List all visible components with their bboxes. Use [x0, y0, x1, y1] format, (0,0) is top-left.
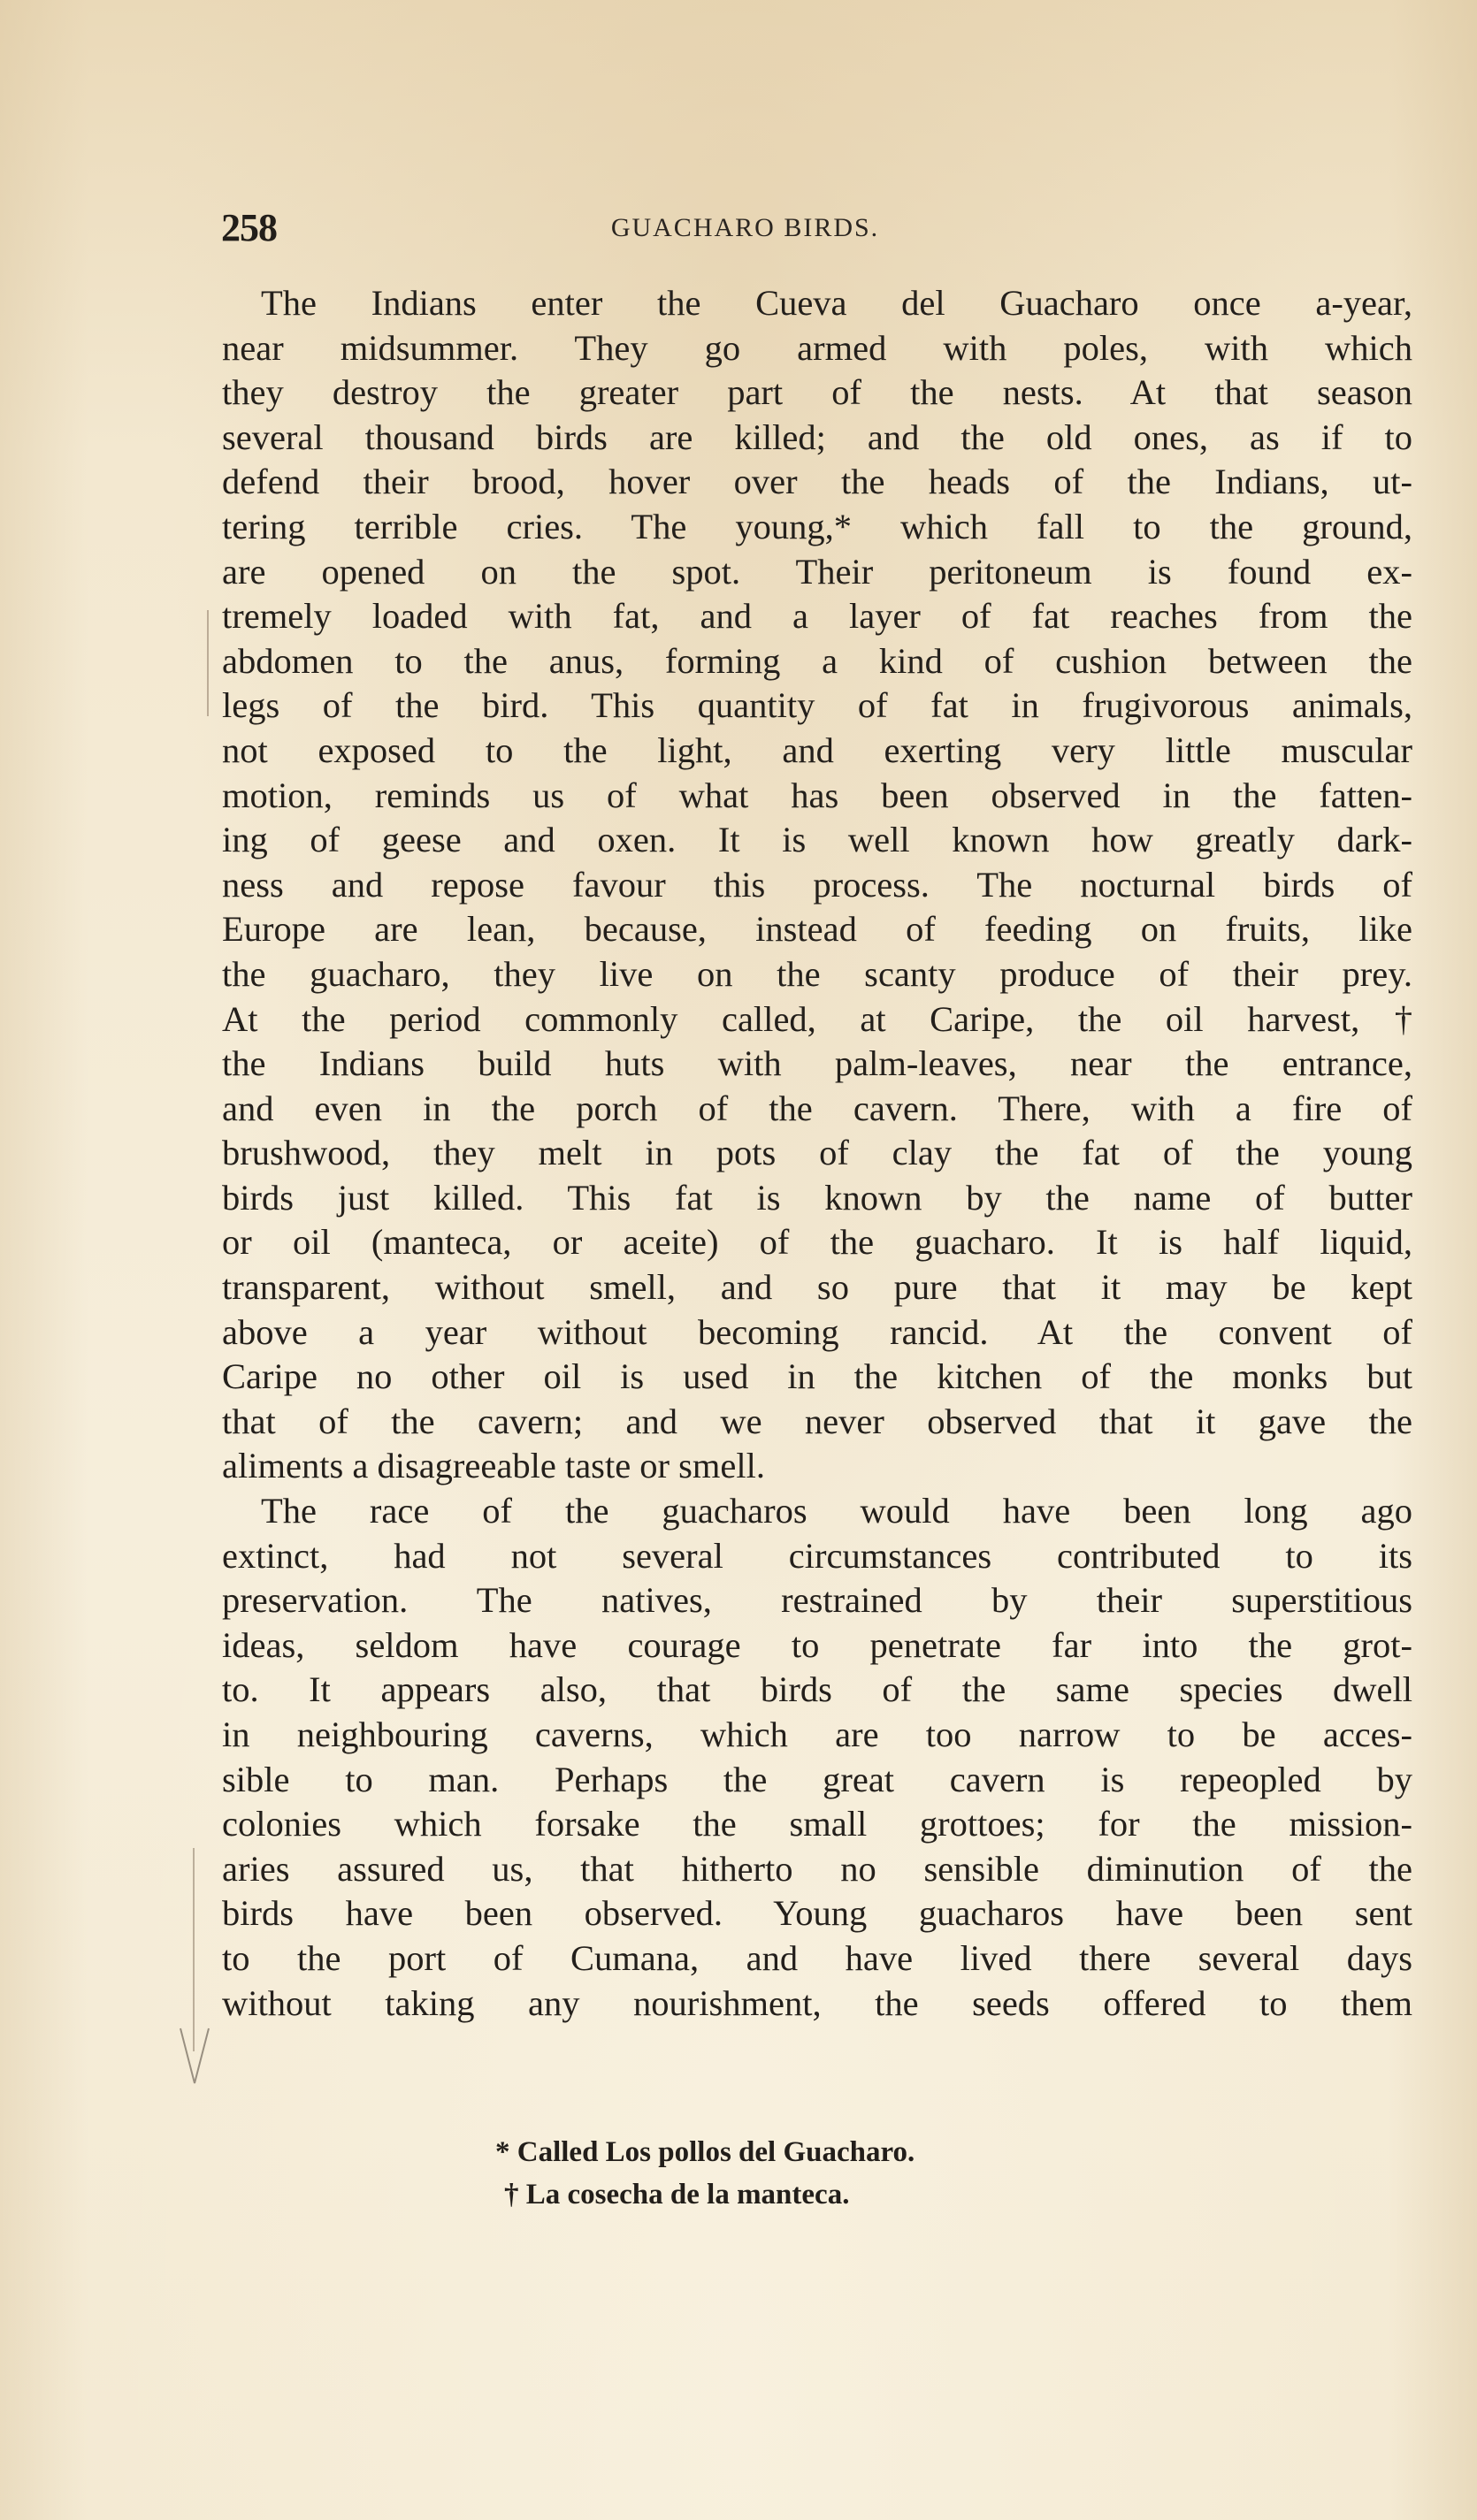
text-line: motion, reminds us of what has been obse… [222, 774, 1412, 819]
footnote-dagger: † La cosecha de la manteca. [495, 2173, 1114, 2216]
text-line: near midsummer. They go armed with poles… [222, 326, 1412, 371]
text-line: they destroy the greater part of the nes… [222, 370, 1412, 416]
text-line: to the port of Cumana, and have lived th… [222, 1936, 1412, 1982]
text-line: colonies which forsake the small grottoe… [222, 1802, 1412, 1847]
text-line: tremely loaded with fat, and a layer of … [222, 594, 1412, 639]
text-line: ness and repose favour this process. The… [222, 863, 1412, 908]
text-line: sible to man. Perhaps the great cavern i… [222, 1758, 1412, 1803]
body-text: The Indians enter the Cueva del Guacharo… [222, 281, 1412, 2026]
text-line: preservation. The natives, restrained by… [222, 1578, 1412, 1623]
text-line: ing of geese and oxen. It is well known … [222, 818, 1412, 863]
text-line: the guacharo, they live on the scanty pr… [222, 952, 1412, 997]
text-line: The race of the guacharos would have bee… [222, 1489, 1412, 1534]
text-line: that of the cavern; and we never observe… [222, 1400, 1412, 1445]
text-line: and even in the porch of the cavern. The… [222, 1087, 1412, 1132]
text-line: are opened on the spot. Their peritoneum… [222, 550, 1412, 595]
footnotes: * Called Los pollos del Guacharo. † La c… [495, 2131, 1114, 2216]
text-line: without taking any nourishment, the seed… [222, 1982, 1412, 2027]
pencil-margin-mark [193, 1848, 195, 2051]
text-line: not exposed to the light, and exerting v… [222, 729, 1412, 774]
text-line: ideas, seldom have courage to penetrate … [222, 1623, 1412, 1669]
text-line: or oil (manteca, or aceite) of the guach… [222, 1220, 1412, 1265]
text-line: legs of the bird. This quantity of fat i… [222, 683, 1412, 729]
footnote-asterisk: * Called Los pollos del Guacharo. [495, 2131, 1114, 2173]
text-line: At the period commonly called, at Caripe… [222, 997, 1412, 1042]
pencil-margin-mark [207, 610, 209, 716]
text-line: Europe are lean, because, instead of fee… [222, 907, 1412, 952]
text-line: above a year without becoming rancid. At… [222, 1310, 1412, 1355]
pencil-v-mark [177, 2025, 212, 2087]
book-page: 258 GUACHARO BIRDS. The Indians enter th… [0, 0, 1477, 2520]
text-line: aliments a disagreeable taste or smell. [222, 1444, 1412, 1489]
text-line: defend their brood, hover over the heads… [222, 460, 1412, 505]
text-line: in neighbouring caverns, which are too n… [222, 1713, 1412, 1758]
text-line: tering terrible cries. The young,* which… [222, 505, 1412, 550]
text-line: birds have been observed. Young guacharo… [222, 1891, 1412, 1936]
running-head: 258 GUACHARO BIRDS. [221, 202, 1402, 255]
text-line: aries assured us, that hitherto no sensi… [222, 1847, 1412, 1892]
text-line: brushwood, they melt in pots of clay the… [222, 1131, 1412, 1176]
text-line: to. It appears also, that birds of the s… [222, 1668, 1412, 1713]
text-line: the Indians build huts with palm-leaves,… [222, 1042, 1412, 1087]
text-line: extinct, had not several circumstances c… [222, 1534, 1412, 1579]
text-line: abdomen to the anus, forming a kind of c… [222, 639, 1412, 684]
text-line: birds just killed. This fat is known by … [222, 1176, 1412, 1221]
text-line: Caripe no other oil is used in the kitch… [222, 1355, 1412, 1400]
text-line: transparent, without smell, and so pure … [222, 1265, 1412, 1310]
text-line: several thousand birds are killed; and t… [222, 416, 1412, 461]
text-line: The Indians enter the Cueva del Guacharo… [222, 281, 1412, 326]
running-title: GUACHARO BIRDS. [221, 202, 1402, 255]
